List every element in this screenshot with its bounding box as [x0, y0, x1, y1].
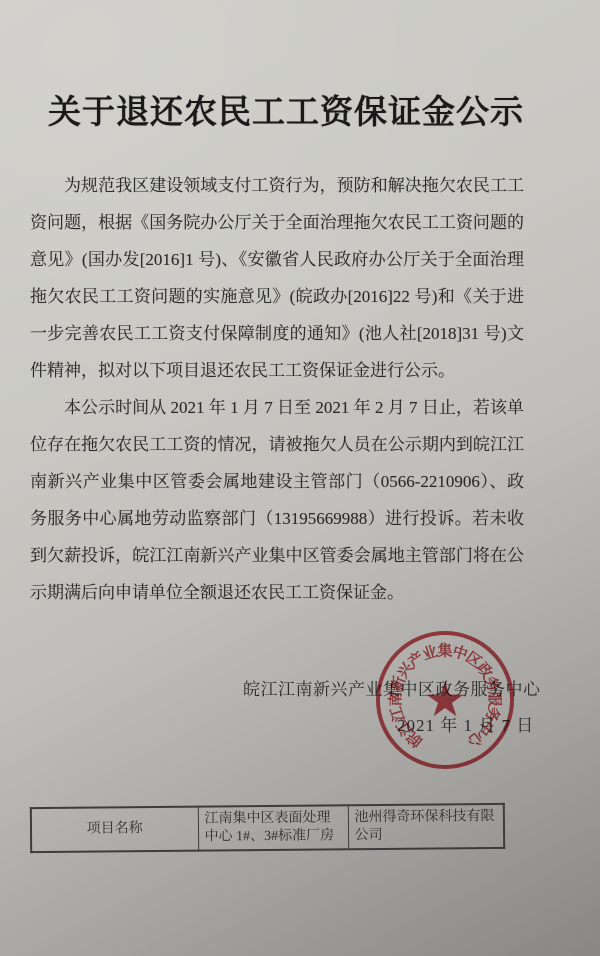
project-table: 项目名称 江南集中区表面处理中心 1#、3#标准厂房 池州得奇环保科技有限公司	[30, 803, 505, 853]
project-name-cell: 江南集中区表面处理中心 1#、3#标准厂房	[198, 805, 348, 850]
seal-star-icon: ★	[423, 676, 466, 724]
paragraph-basis: 为规范我区建设领域支付工资行为，预防和解决拖欠农民工工资问题，根据《国务院办公厅…	[30, 167, 524, 389]
document-photo: 关于退还农民工工资保证金公示 为规范我区建设领域支付工资行为，预防和解决拖欠农民…	[0, 0, 600, 956]
company-name-cell: 池州得奇环保科技有限公司	[348, 804, 504, 849]
paragraph-publicity-period: 本公示时间从 2021 年 1 月 7 日至 2021 年 2 月 7 日止，若…	[30, 389, 524, 611]
page-title: 关于退还农民工工资保证金公示	[0, 86, 572, 133]
project-label-cell: 项目名称	[31, 807, 198, 852]
official-seal: 皖江江南新兴产业集中区政务服务中心 ★	[376, 631, 514, 769]
notice-body: 为规范我区建设领域支付工资行为，预防和解决拖欠农民工工资问题，根据《国务院办公厅…	[30, 167, 524, 611]
table-row: 项目名称 江南集中区表面处理中心 1#、3#标准厂房 池州得奇环保科技有限公司	[31, 804, 504, 852]
